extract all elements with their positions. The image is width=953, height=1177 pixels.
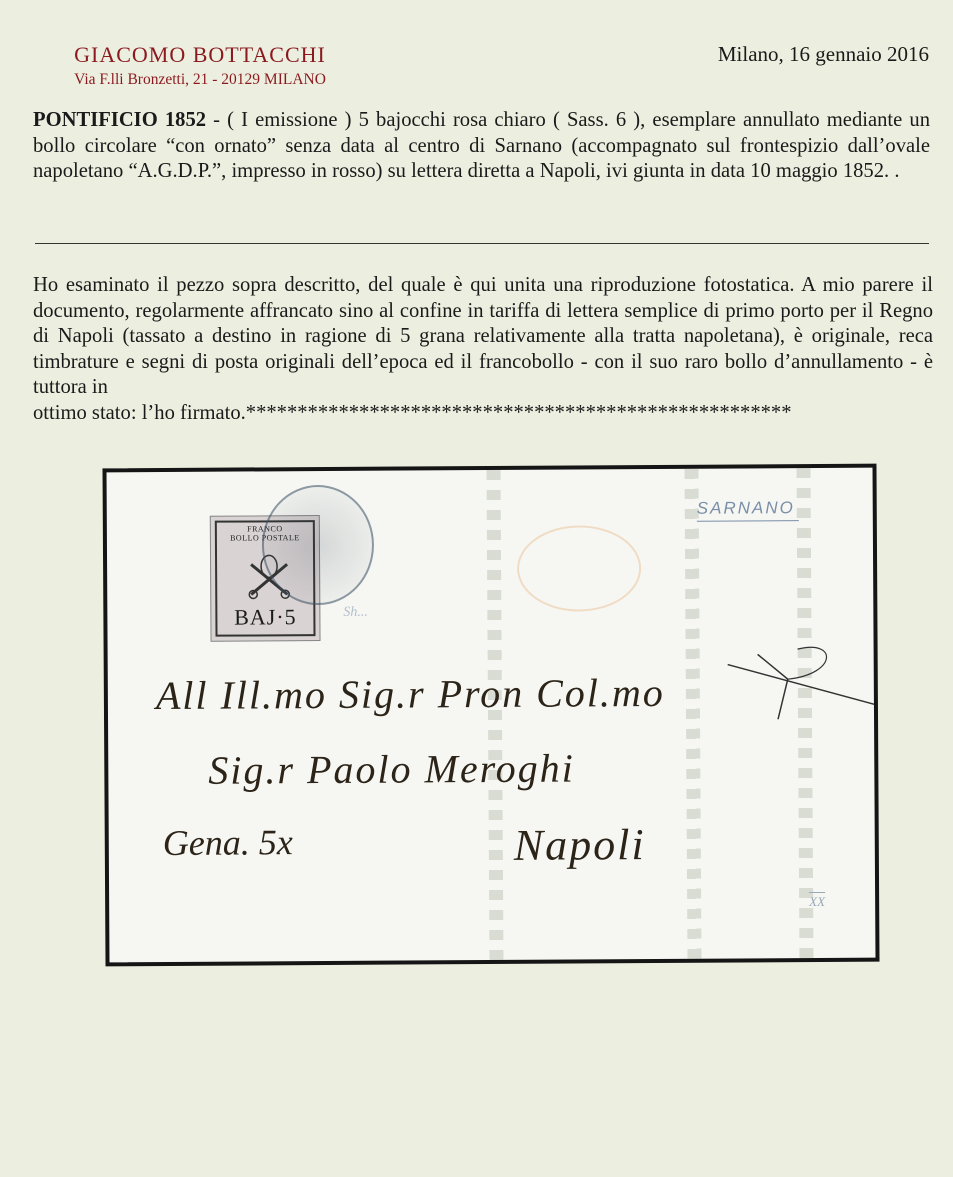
item-description: PONTIFICIO 1852 - ( I emissione ) 5 bajo… [33, 108, 930, 185]
certificate-date: Milano, 16 gennaio 2016 [718, 42, 929, 67]
town-postmark: SARNANO [697, 498, 799, 522]
certificate-body: Ho esaminato il pezzo sopra descritto, d… [33, 273, 933, 401]
address-line: Napoli [514, 819, 646, 871]
circular-cancel-postmark [262, 485, 375, 606]
tax-mark-icon [718, 643, 880, 724]
address-line: All Ill.mo Sig.r Pron Col.mo [156, 669, 665, 719]
certificate-text: Ho esaminato il pezzo sopra descritto, d… [33, 273, 933, 426]
agdp-oval-postmark [517, 525, 642, 612]
pencil-note: Sh... [343, 605, 368, 621]
address-line: Sig.r Paolo Meroghi [208, 744, 575, 793]
item-title: PONTIFICIO 1852 [33, 109, 206, 131]
divider [35, 243, 929, 244]
expert-address: Via F.lli Bronzetti, 21 - 20129 MILANO [0, 70, 400, 90]
address-line: Gena. 5x [163, 821, 293, 864]
certificate-signoff: ottimo stato: l’ho firmato.*************… [33, 401, 933, 427]
cover-photo: FRANCOBOLLO POSTALE BAJ·5 SARNANO Sh... … [102, 464, 879, 967]
expert-name: GIACOMO BOTTACCHI [0, 42, 400, 68]
letterhead: GIACOMO BOTTACCHI Via F.lli Bronzetti, 2… [0, 42, 400, 90]
rate-mark: XX [809, 892, 825, 910]
fold-line [684, 469, 701, 959]
stamp-value: BAJ·5 [217, 604, 313, 631]
